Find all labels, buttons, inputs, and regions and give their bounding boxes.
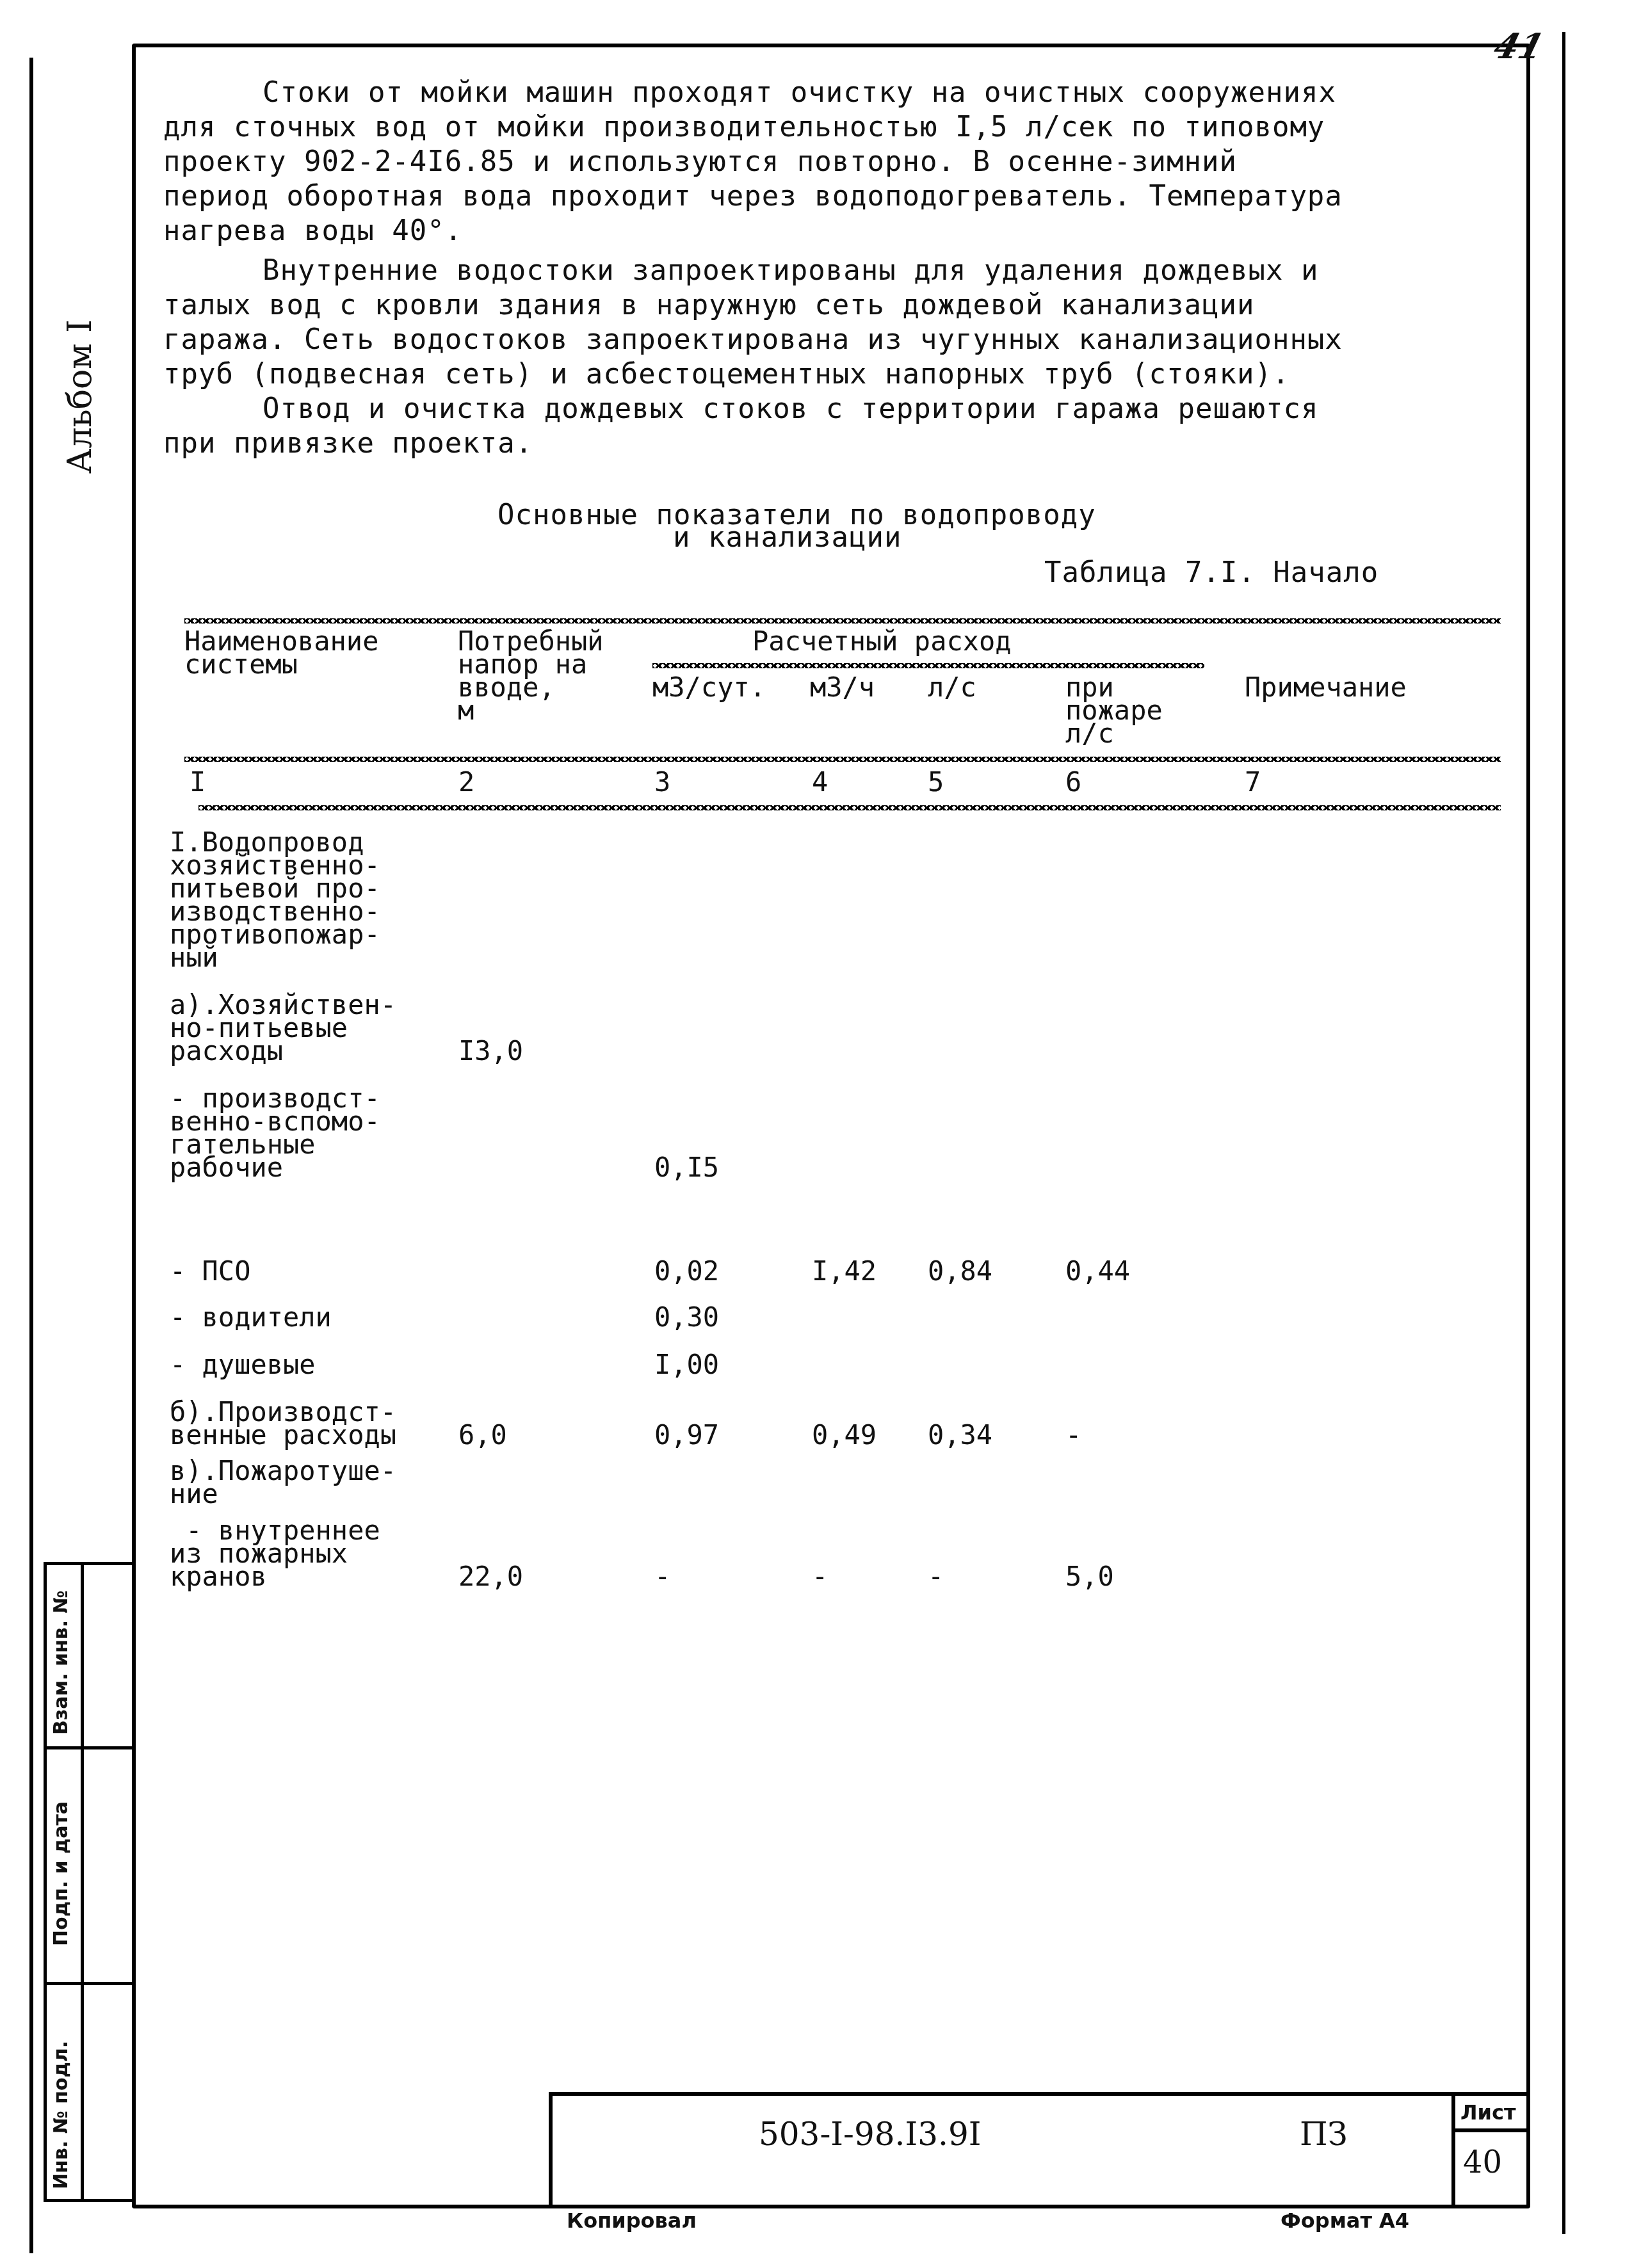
sheet-label: Лист	[1460, 2100, 1516, 2125]
title-block	[549, 2092, 1526, 2205]
stamp-divider-2	[44, 1982, 133, 1985]
colnum-5: 5	[928, 771, 944, 794]
table-row-name: в).Пожаротуше- ние	[170, 1460, 396, 1506]
table-cell-c3: 0,I5	[654, 1156, 719, 1179]
table-cell-c6: 0,44	[1065, 1260, 1130, 1283]
paragraph-1-line-5: нагрева воды 40°.	[163, 214, 462, 248]
table-row-name: а).Хозяйствен- но-питьевые расходы	[170, 993, 396, 1063]
paragraph-1-line-2: для сточных вод от мойки производительно…	[163, 110, 1325, 145]
sheet-cell-left-border	[1451, 2092, 1455, 2205]
header-col-m3-day: м3/сут.	[652, 676, 766, 699]
sheet-number: 40	[1463, 2144, 1502, 2180]
table-row-name: I.Водопровод хозяйственно- питьевой про-…	[170, 831, 380, 969]
handwritten-page-mark: 41	[1489, 26, 1548, 67]
table-rule-header-bottom	[184, 757, 1501, 762]
table-title-line-2: и канализации	[673, 520, 901, 555]
stamp-label-original-inv: Инв. № подл.	[50, 2041, 72, 2189]
stamp-label-replacement-inv: Взам. инв. №	[50, 1590, 72, 1735]
table-cell-c3: -	[654, 1565, 670, 1588]
document-code: 503-I-98.I3.9I	[759, 2116, 982, 2153]
table-row-name: - производст- венно-вспомо- гательные ра…	[170, 1087, 380, 1179]
table-cell-c2: 22,0	[458, 1565, 523, 1588]
album-label: Альбом I	[61, 319, 99, 474]
table-cell-c5: -	[928, 1565, 944, 1588]
table-caption: Таблица 7.I. Начало	[1044, 556, 1378, 590]
table-cell-c6: -	[1065, 1424, 1081, 1447]
colnum-4: 4	[812, 771, 828, 794]
table-cell-c3: 0,97	[654, 1424, 719, 1447]
format-label: Формат А4	[1281, 2208, 1409, 2233]
header-col-pressure: Потребный напор на вводе, м	[458, 630, 604, 722]
table-cell-c3: 0,30	[654, 1306, 719, 1329]
section-code: ПЗ	[1300, 2116, 1348, 2153]
stamp-label-signature-date: Подп. и дата	[50, 1801, 72, 1946]
table-row-name: - ПСО	[170, 1260, 250, 1283]
header-col-name: Наименование системы	[184, 630, 378, 676]
table-row-name: - внутреннее из пожарных кранов	[170, 1519, 380, 1588]
table-cell-c4: I,42	[812, 1260, 877, 1283]
left-cut-line	[29, 58, 33, 2253]
table-cell-c3: I,00	[654, 1353, 719, 1376]
paragraph-2-line-1: Внутренние водостоки запроектированы для…	[263, 253, 1318, 288]
paragraph-1-line-1: Стоки от мойки машин проходят очистку на…	[263, 76, 1336, 110]
colnum-3: 3	[654, 771, 670, 794]
table-rule-numbers-bottom	[198, 805, 1501, 810]
paragraph-3-line-1: Отвод и очистка дождевых стоков с террит…	[263, 392, 1318, 426]
table-cell-c2: I3,0	[458, 1040, 523, 1063]
colnum-1: I	[190, 771, 206, 794]
header-group-flow: Расчетный расход	[752, 630, 1012, 653]
stamp-divider-vertical	[81, 1562, 84, 2202]
right-cut-line	[1562, 32, 1565, 2234]
paragraph-1-line-4: период оборотная вода проходит через вод…	[163, 179, 1343, 214]
sheet-cell-divider	[1451, 2128, 1526, 2132]
paragraph-2-line-3: гаража. Сеть водостоков запроектирована …	[163, 323, 1343, 357]
paragraph-2-line-2: талых вод с кровли здания в наружную сет…	[163, 288, 1254, 323]
colnum-6: 6	[1065, 771, 1081, 794]
colnum-2: 2	[458, 771, 474, 794]
header-col-l-s: л/с	[928, 676, 976, 699]
table-cell-c5: 0,34	[928, 1424, 992, 1447]
header-col-m3-hour: м3/ч	[810, 676, 875, 699]
stamp-divider-1	[44, 1746, 133, 1749]
table-cell-c5: 0,84	[928, 1260, 992, 1283]
table-cell-c2: 6,0	[458, 1424, 507, 1447]
table-cell-c6: 5,0	[1065, 1565, 1114, 1588]
header-col-fire-l-s: при пожаре л/с	[1065, 676, 1163, 745]
table-cell-c4: 0,49	[812, 1424, 877, 1447]
paragraph-2-line-4: труб (подвесная сеть) и асбестоцементных…	[163, 357, 1289, 392]
table-row-name: - водители	[170, 1306, 332, 1329]
colnum-7: 7	[1245, 771, 1261, 794]
table-cell-c4: -	[812, 1565, 828, 1588]
table-row-name: б).Производст- венные расходы	[170, 1401, 396, 1447]
table-cell-c3: 0,02	[654, 1260, 719, 1283]
paragraph-1-line-3: проекту 902-2-4I6.85 и используются повт…	[163, 145, 1237, 179]
header-col-note: Примечание	[1245, 676, 1407, 699]
table-row-name: - душевые	[170, 1353, 316, 1376]
copied-label: Копировал	[567, 2208, 697, 2233]
table-rule-top	[184, 618, 1501, 623]
table-rule-group	[652, 663, 1204, 668]
paragraph-3-line-2: при привязке проекта.	[163, 426, 533, 461]
